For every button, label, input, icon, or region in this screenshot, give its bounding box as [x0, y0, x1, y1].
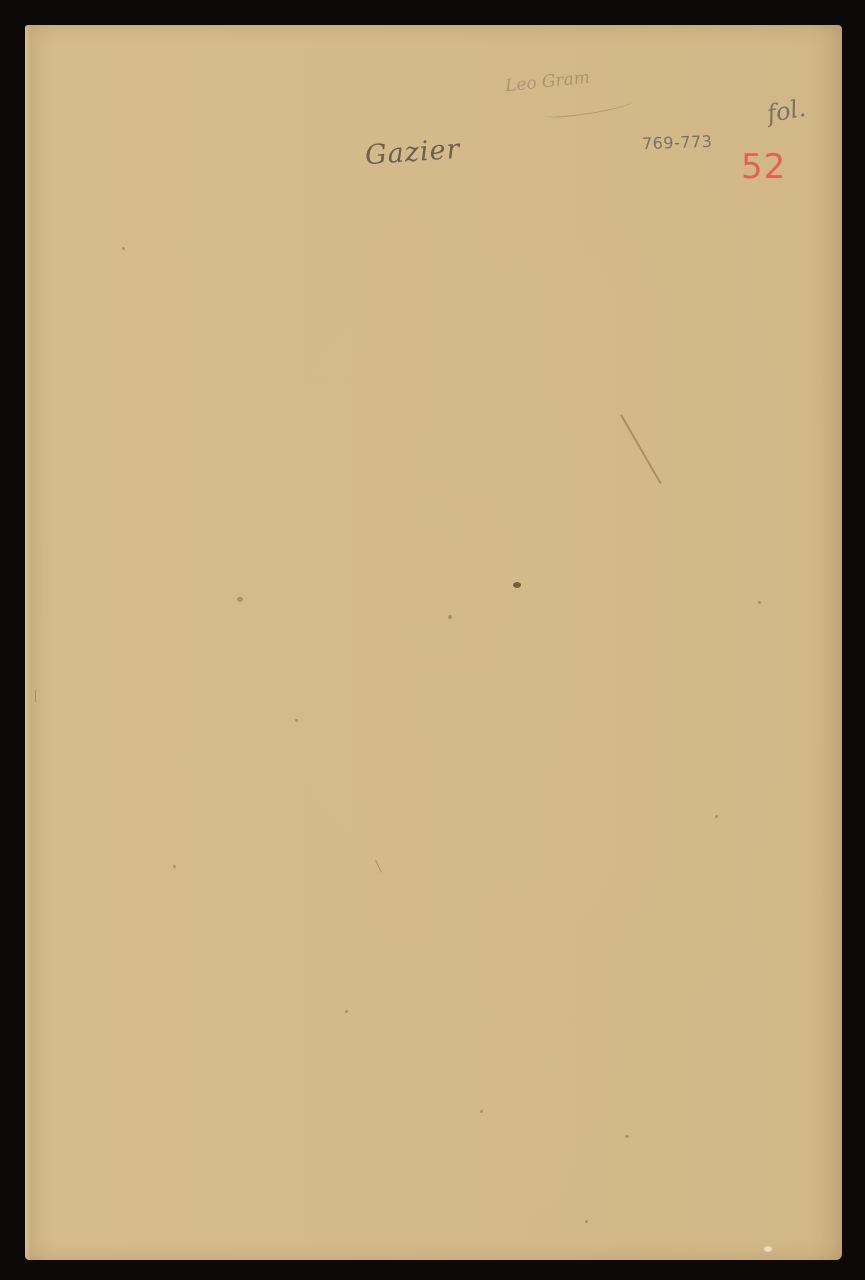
paper-speck — [173, 865, 176, 868]
scan-background: Leo Gram Gazier 769-773 fol. 52 — [0, 0, 865, 1280]
paper-speck — [122, 247, 125, 250]
paper-fiber — [375, 860, 382, 873]
red-shelf-number: 52 — [741, 147, 786, 187]
paper-speck — [513, 582, 521, 588]
paper-speck — [585, 1220, 588, 1223]
paper-speck — [448, 615, 452, 619]
paper-damage-hole — [764, 1246, 772, 1252]
paper-speck — [295, 719, 298, 722]
paper-fiber — [35, 690, 36, 702]
folio-mark: fol. — [765, 94, 808, 128]
paper-speck — [345, 1010, 348, 1013]
paper-speck — [237, 597, 243, 602]
handwritten-name: Gazier — [364, 134, 461, 172]
folio-range-note: 769-773 — [642, 132, 713, 153]
paper-speck — [758, 601, 761, 604]
pencil-underline — [545, 97, 634, 120]
paper-speck — [715, 815, 718, 818]
paper-speck — [480, 1110, 483, 1113]
faint-pencil-note: Leo Gram — [504, 68, 591, 97]
folder-cover-page: Leo Gram Gazier 769-773 fol. 52 — [25, 25, 842, 1260]
paper-speck — [625, 1135, 629, 1138]
paper-fiber — [620, 414, 662, 484]
